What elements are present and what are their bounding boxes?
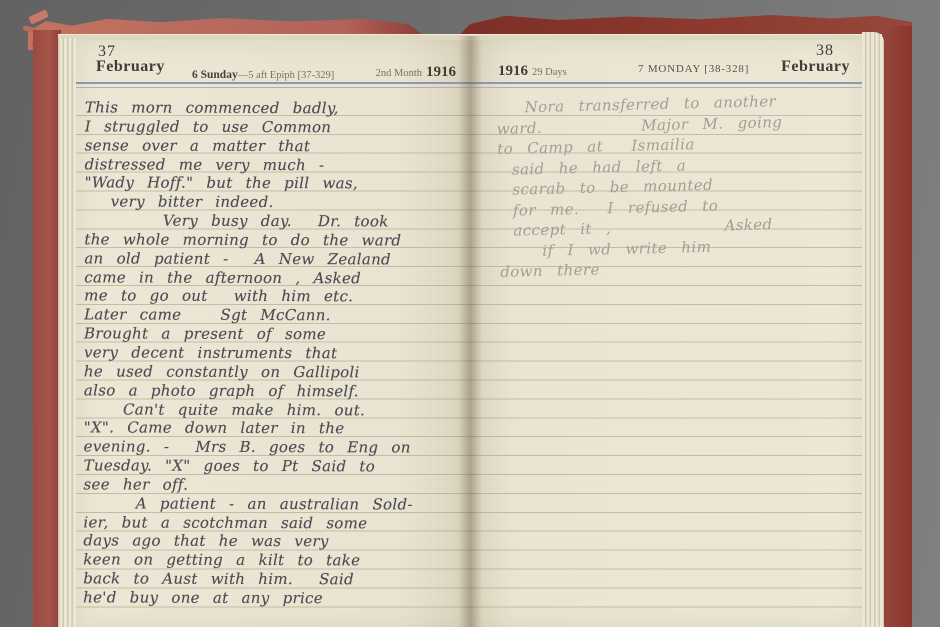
handwriting-line: also a photo graph of himself. — [84, 381, 468, 401]
header-rule — [76, 82, 470, 88]
book-cover-left-edge — [33, 30, 61, 627]
handwriting-line: very decent instruments that — [84, 343, 468, 363]
month-detail: 2nd Month — [376, 68, 422, 79]
handwriting-line: see her off. — [84, 475, 468, 495]
handwriting-line: days ago that he was very — [83, 532, 467, 552]
handwriting-line: Very busy day. Dr. took — [84, 211, 468, 231]
handwriting-line: A patient - an australian Sold- — [83, 494, 467, 514]
book-gutter-shadow — [458, 36, 482, 627]
handwriting-line: keen on getting a kilt to take — [83, 551, 467, 571]
handwriting-line: I struggled to use Common — [85, 117, 469, 137]
left-month-year: 2nd Month 1916 — [376, 63, 456, 81]
handwriting-line: Can't quite make him. out. — [84, 400, 468, 420]
page-stack-right-edge — [862, 32, 884, 627]
handwriting-line: came in the afternoon , Asked — [84, 268, 468, 288]
day-detail: —5 aft Epiph [37-329] — [238, 70, 335, 81]
right-year-days: 1916 29 Days — [498, 62, 567, 80]
handwriting-line: This morn commenced badly, — [85, 98, 469, 118]
left-day-heading: 6 Sunday—5 aft Epiph [37-329] — [192, 65, 334, 83]
handwriting-pencil: Nora transferred to anotherward. Major M… — [496, 89, 866, 282]
diary-photo: 37 February 6 Sunday—5 aft Epiph [37-329… — [0, 0, 940, 627]
handwriting-line: the whole morning to do the ward — [84, 230, 468, 250]
header-rule — [470, 82, 862, 88]
handwriting-line: back to Aust with him. Said — [83, 569, 467, 589]
right-month-label: February — [781, 58, 850, 76]
handwriting-line: me to go out with him etc. — [84, 287, 468, 307]
right-day-heading: 7 MONDAY [38-328] — [638, 63, 749, 75]
handwriting-line: sense over a matter that — [85, 136, 469, 156]
year-label: 1916 — [498, 63, 528, 79]
handwriting-line: "X". Came down later in the — [84, 419, 468, 439]
left-page: 37 February 6 Sunday—5 aft Epiph [37-329… — [76, 40, 470, 627]
handwriting-line: "Wady Hoff." but the pill was, — [85, 174, 469, 194]
handwriting-ink: This morn commenced badly,I struggled to… — [83, 98, 469, 608]
handwriting-line: an old patient - A New Zealand — [84, 249, 468, 269]
year-label: 1916 — [426, 64, 456, 80]
days-detail: 29 Days — [532, 67, 567, 78]
handwriting-line: Tuesday. "X" goes to Pt Said to — [84, 456, 468, 476]
handwriting-line: very bitter indeed. — [84, 193, 468, 213]
handwriting-line: ier, but a scotchman said some — [83, 513, 467, 533]
handwriting-line: Brought a present of some — [84, 324, 468, 344]
book-cover-right-edge — [882, 26, 912, 627]
handwriting-line: he used constantly on Gallipoli — [84, 362, 468, 382]
handwriting-line: distressed me very much - — [85, 155, 469, 175]
day-label: 6 Sunday — [192, 69, 238, 81]
handwriting-line: evening. - Mrs B. goes to Eng on — [84, 438, 468, 458]
handwriting-line: he'd buy one at any price — [83, 588, 467, 608]
right-page: 1916 29 Days 7 MONDAY [38-328] 38 Februa… — [470, 40, 862, 627]
page-stack-left-edge — [58, 38, 76, 627]
handwriting-line: Later came Sgt McCann. — [84, 306, 468, 326]
left-month-label: February — [96, 58, 165, 76]
